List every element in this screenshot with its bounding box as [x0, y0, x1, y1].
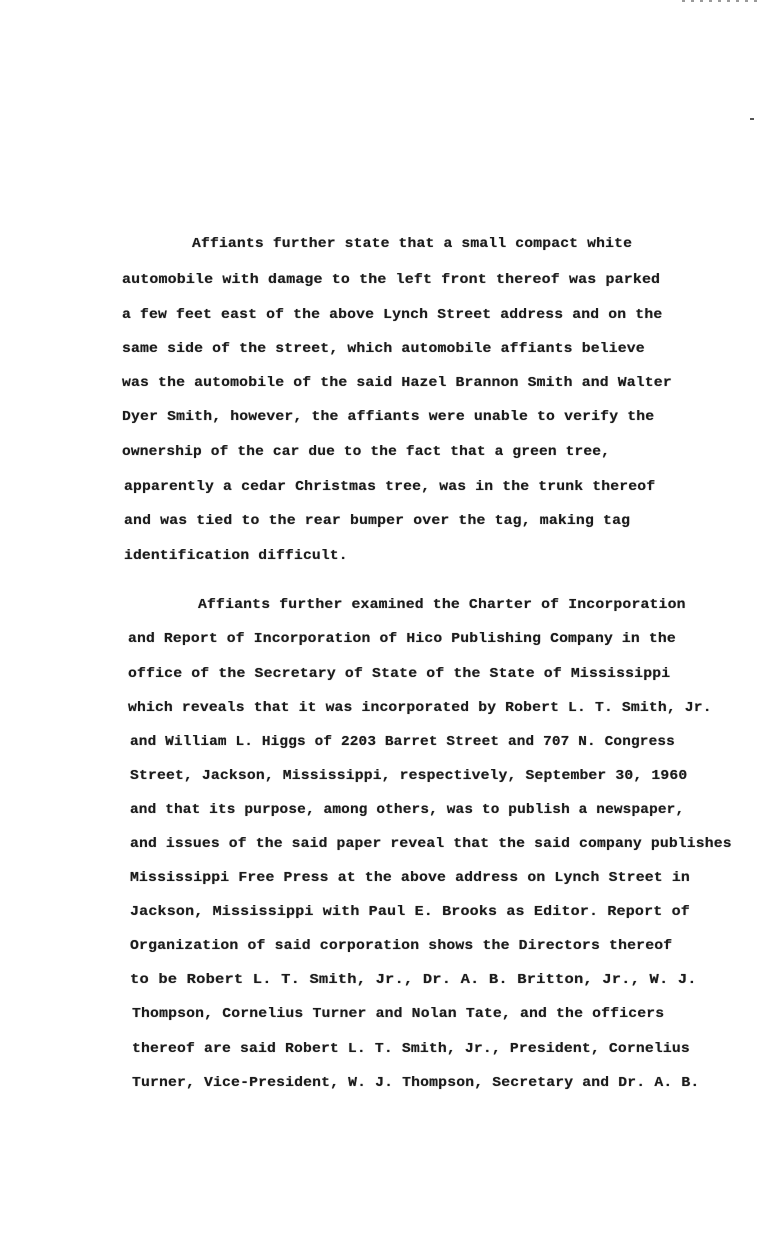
text-line: which reveals that it was incorporated b…: [128, 700, 712, 718]
document-page: Affiants further state that a small comp…: [0, 0, 763, 1260]
text-line: Turner, Vice-President, W. J. Thompson, …: [132, 1075, 699, 1093]
text-line: office of the Secretary of State of the …: [128, 666, 670, 684]
text-line: and William L. Higgs of 2203 Barret Stre…: [130, 734, 675, 752]
text-line: Dyer Smith, however, the affiants were u…: [122, 409, 654, 427]
text-line: Affiants further examined the Charter of…: [198, 597, 686, 615]
text-line: same side of the street, which automobil…: [122, 341, 645, 359]
text-line: Street, Jackson, Mississippi, respective…: [130, 768, 687, 786]
text-line: thereof are said Robert L. T. Smith, Jr.…: [132, 1041, 690, 1059]
text-line: Thompson, Cornelius Turner and Nolan Tat…: [132, 1006, 664, 1024]
text-line: ownership of the car due to the fact tha…: [122, 444, 610, 462]
text-line: to be Robert L. T. Smith, Jr., Dr. A. B.…: [130, 972, 697, 990]
text-line: Affiants further state that a small comp…: [192, 236, 632, 254]
text-line: and issues of the said paper reveal that…: [130, 836, 732, 854]
text-line: Jackson, Mississippi with Paul E. Brooks…: [130, 904, 690, 922]
text-line: and was tied to the rear bumper over the…: [124, 513, 630, 531]
text-line: and that its purpose, among others, was …: [130, 802, 684, 820]
text-line: identification difficult.: [124, 548, 348, 566]
text-line: apparently a cedar Christmas tree, was i…: [124, 479, 655, 497]
text-line: a few feet east of the above Lynch Stree…: [122, 307, 662, 325]
text-line: and Report of Incorporation of Hico Publ…: [128, 631, 676, 649]
text-line: automobile with damage to the left front…: [122, 272, 660, 290]
text-line: Organization of said corporation shows t…: [130, 938, 672, 956]
text-line: Mississippi Free Press at the above addr…: [130, 870, 690, 888]
text-line: was the automobile of the said Hazel Bra…: [122, 375, 672, 393]
scan-edge-mark: [682, 0, 763, 2]
scan-speck: [750, 118, 754, 120]
